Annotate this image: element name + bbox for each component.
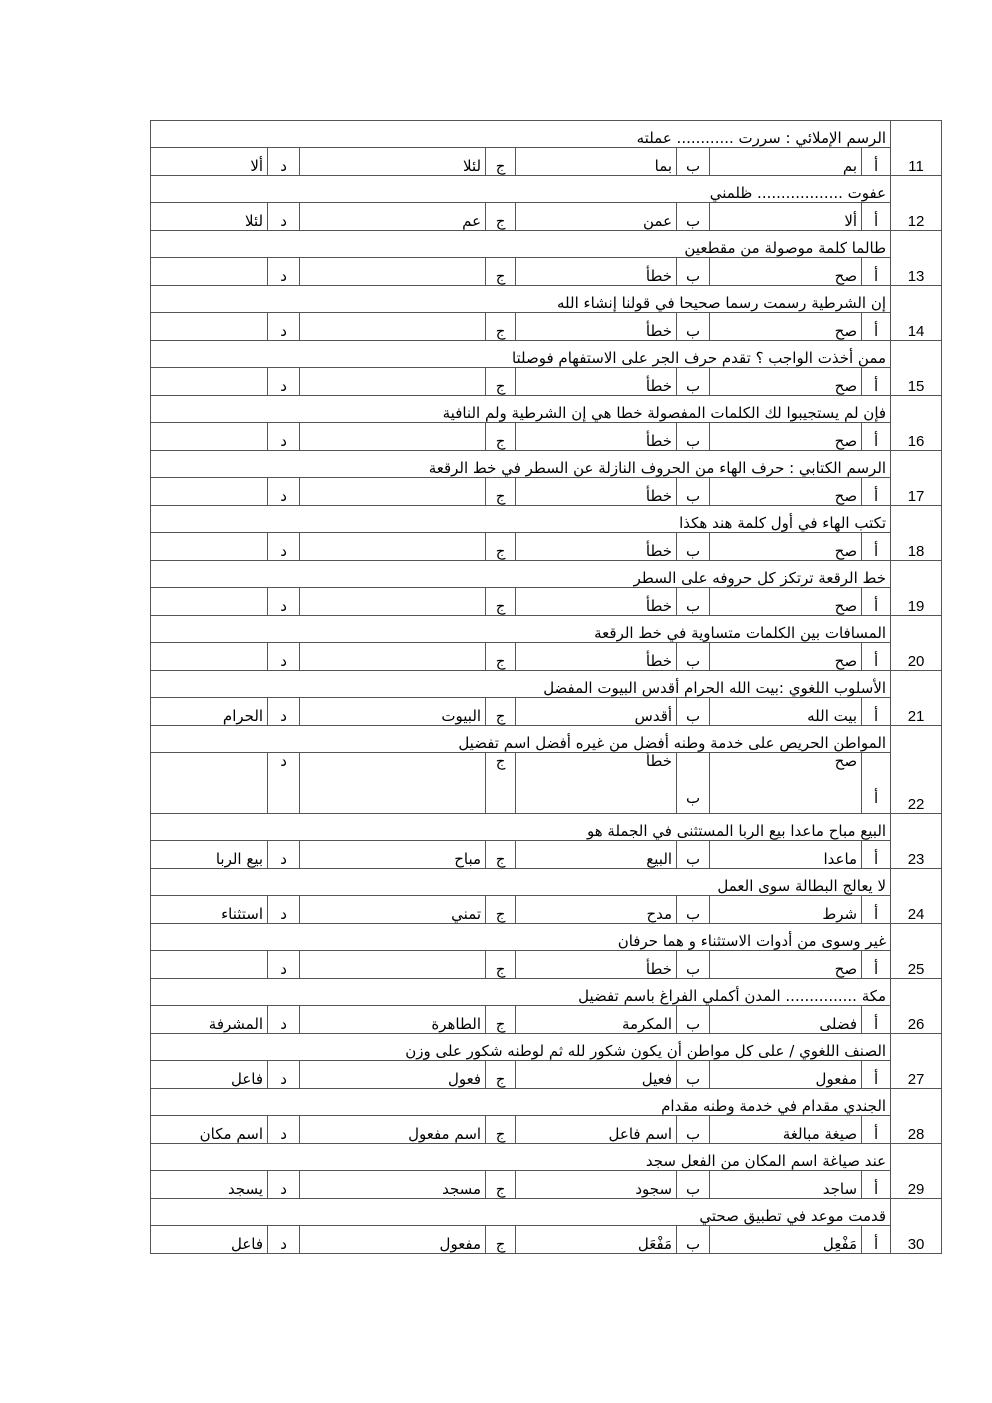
option-c[interactable] — [300, 643, 486, 671]
question-text: طالما كلمة موصولة من مقطعين — [151, 231, 891, 258]
question-row: 20 المسافات بين الكلمات متساوية في خط ال… — [151, 616, 942, 643]
answer-row: أ صح ب خطأ ج د — [151, 478, 942, 506]
option-b[interactable]: خطأ — [516, 423, 677, 451]
option-a-letter: أ — [862, 203, 891, 231]
option-b-letter: ب — [677, 533, 710, 561]
option-d-letter: د — [268, 148, 300, 176]
option-a-letter: أ — [862, 1226, 891, 1254]
option-c-letter: ج — [486, 951, 516, 979]
option-d-letter: د — [268, 313, 300, 341]
answer-row: أ صح ب خطأ ج د — [151, 258, 942, 286]
option-c[interactable]: تمني — [300, 896, 486, 924]
option-c[interactable]: مباح — [300, 841, 486, 869]
question-number: 20 — [891, 616, 942, 671]
option-c-letter: ج — [486, 643, 516, 671]
option-a[interactable]: فضلى — [710, 1006, 862, 1034]
option-d[interactable]: المشرفة — [151, 1006, 268, 1034]
option-b[interactable]: سجود — [516, 1171, 677, 1199]
question-text: الرسم الكتابي : حرف الهاء من الحروف النا… — [151, 451, 891, 478]
question-row: 16 فإن لم يستجيبوا لك الكلمات المفصولة خ… — [151, 396, 942, 423]
option-d-letter: د — [268, 1116, 300, 1144]
option-a-letter: أ — [862, 588, 891, 616]
question-text: لا يعالج البطالة سوى العمل — [151, 869, 891, 896]
option-d-letter: د — [268, 258, 300, 286]
option-c[interactable]: عم — [300, 203, 486, 231]
question-row: 14 إن الشرطية رسمت رسما صحيحا في قولنا إ… — [151, 286, 942, 313]
answer-row: أ صح ب خطأ ج د — [151, 951, 942, 979]
answer-row: أ ساجد ب سجود ج مسجد د يسجد — [151, 1171, 942, 1199]
option-d-letter: د — [268, 478, 300, 506]
question-row: 24 لا يعالج البطالة سوى العمل — [151, 869, 942, 896]
option-b-letter: ب — [677, 643, 710, 671]
question-text: عفوت .................. ظلمني — [151, 176, 891, 203]
question-text: الصنف اللغوي / على كل مواطن أن يكون شكور… — [151, 1034, 891, 1061]
option-b[interactable]: خطأ — [516, 753, 677, 814]
option-c-letter: ج — [486, 1061, 516, 1089]
option-a-letter: أ — [862, 1116, 891, 1144]
answer-row: أ صح ب خطأ ج د — [151, 423, 942, 451]
option-b-letter: ب — [677, 1171, 710, 1199]
answer-row: أ مفعول ب فعيل ج فعول د فاعل — [151, 1061, 942, 1089]
option-c-letter: ج — [486, 203, 516, 231]
option-d-letter: د — [268, 1226, 300, 1254]
option-c[interactable] — [300, 368, 486, 396]
option-b[interactable]: خطأ — [516, 533, 677, 561]
answer-row: أ فضلى ب المكرمة ج الطاهرة د المشرفة — [151, 1006, 942, 1034]
option-b[interactable]: عمن — [516, 203, 677, 231]
question-number: 16 — [891, 396, 942, 451]
option-d-letter: د — [268, 368, 300, 396]
question-row: 26 مكة ............... المدن أكملي الفرا… — [151, 979, 942, 1006]
option-a-letter: أ — [862, 368, 891, 396]
option-c-letter: ج — [486, 533, 516, 561]
option-a-letter: أ — [862, 1171, 891, 1199]
option-b[interactable]: فعيل — [516, 1061, 677, 1089]
question-row: 21 الأسلوب اللغوي :بيت الله الحرام أقدس … — [151, 671, 942, 698]
question-text: ممن أخذت الواجب ؟ تقدم حرف الجر على الاس… — [151, 341, 891, 368]
question-text: إن الشرطية رسمت رسما صحيحا في قولنا إنشا… — [151, 286, 891, 313]
option-d[interactable] — [151, 368, 268, 396]
option-c-letter: ج — [486, 896, 516, 924]
option-d[interactable] — [151, 423, 268, 451]
option-d-letter: د — [268, 533, 300, 561]
option-a[interactable]: ألا — [710, 203, 862, 231]
option-c-letter: ج — [486, 588, 516, 616]
question-number: 21 — [891, 671, 942, 726]
question-text: خط الرقعة ترتكز كل حروفه على السطر — [151, 561, 891, 588]
option-a[interactable]: ماعدا — [710, 841, 862, 869]
answer-row: أ صح ب خطأ ج د — [151, 533, 942, 561]
option-b[interactable]: خطأ — [516, 643, 677, 671]
option-b-letter: ب — [677, 698, 710, 726]
question-row: 27 الصنف اللغوي / على كل مواطن أن يكون ش… — [151, 1034, 942, 1061]
option-a-letter: أ — [862, 148, 891, 176]
option-b-letter: ب — [677, 203, 710, 231]
option-c-letter: ج — [486, 1226, 516, 1254]
option-d[interactable]: يسجد — [151, 1171, 268, 1199]
option-d-letter: د — [268, 1061, 300, 1089]
option-d-letter: د — [268, 1171, 300, 1199]
quiz-body: 11 الرسم الإملائي : سررت ............ عم… — [151, 121, 942, 1254]
question-row: 25 غير وسوى من أدوات الاستثناء و هما حرف… — [151, 924, 942, 951]
answer-row: أ ماعدا ب البيع ج مباح د بيع الربا — [151, 841, 942, 869]
question-text: عند صياغة اسم المكان من الفعل سجد — [151, 1144, 891, 1171]
option-a-letter: أ — [862, 258, 891, 286]
option-c-letter: ج — [486, 148, 516, 176]
option-a-letter: أ — [862, 478, 891, 506]
option-a-letter: أ — [862, 1061, 891, 1089]
question-text: قدمت موعد في تطبيق صحتي — [151, 1199, 891, 1226]
option-c-letter: ج — [486, 1116, 516, 1144]
option-b[interactable]: البيع — [516, 841, 677, 869]
option-d-letter: د — [268, 896, 300, 924]
option-a[interactable]: صح — [710, 478, 862, 506]
question-number: 27 — [891, 1034, 942, 1089]
option-c[interactable]: الطاهرة — [300, 1006, 486, 1034]
question-number: 28 — [891, 1089, 942, 1144]
option-b-letter: ب — [677, 1226, 710, 1254]
question-text: الجندي مقدام في خدمة وطنه مقدام — [151, 1089, 891, 1116]
option-a[interactable]: صيغة مبالغة — [710, 1116, 862, 1144]
question-row: 19 خط الرقعة ترتكز كل حروفه على السطر — [151, 561, 942, 588]
option-d[interactable] — [151, 753, 268, 814]
option-c-letter: ج — [486, 368, 516, 396]
option-b-letter: ب — [677, 1006, 710, 1034]
option-c[interactable]: فعول — [300, 1061, 486, 1089]
question-row: 15 ممن أخذت الواجب ؟ تقدم حرف الجر على ا… — [151, 341, 942, 368]
option-a[interactable]: بيت الله — [710, 698, 862, 726]
option-b-letter: ب — [677, 1061, 710, 1089]
option-a-letter: أ — [862, 698, 891, 726]
option-b-letter: ب — [677, 753, 710, 814]
question-row: 17 الرسم الكتابي : حرف الهاء من الحروف ا… — [151, 451, 942, 478]
question-number: 18 — [891, 506, 942, 561]
option-b[interactable]: مدح — [516, 896, 677, 924]
option-a[interactable]: صح — [710, 588, 862, 616]
answer-row: أ بم ب بما ج لئلا د ألا — [151, 148, 942, 176]
option-a-letter: أ — [862, 841, 891, 869]
option-d[interactable] — [151, 533, 268, 561]
option-d-letter: د — [268, 1006, 300, 1034]
option-a[interactable]: صح — [710, 533, 862, 561]
answer-row: أ شرط ب مدح ج تمني د استثناء — [151, 896, 942, 924]
question-row: 29 عند صياغة اسم المكان من الفعل سجد — [151, 1144, 942, 1171]
option-d[interactable] — [151, 478, 268, 506]
question-row: 28 الجندي مقدام في خدمة وطنه مقدام — [151, 1089, 942, 1116]
option-b-letter: ب — [677, 896, 710, 924]
option-c[interactable] — [300, 313, 486, 341]
question-text: مكة ............... المدن أكملي الفراغ ب… — [151, 979, 891, 1006]
option-d-letter: د — [268, 643, 300, 671]
question-text: الأسلوب اللغوي :بيت الله الحرام أقدس الب… — [151, 671, 891, 698]
question-row: 22 المواطن الحريص على خدمة وطنه أفضل من … — [151, 726, 942, 753]
option-c-letter: ج — [486, 698, 516, 726]
option-a[interactable]: صح — [710, 753, 862, 814]
option-a-letter: أ — [862, 423, 891, 451]
option-b-letter: ب — [677, 588, 710, 616]
option-d[interactable]: الحرام — [151, 698, 268, 726]
option-a[interactable]: مفعول — [710, 1061, 862, 1089]
option-c-letter: ج — [486, 1006, 516, 1034]
option-c-letter: ج — [486, 753, 516, 814]
option-b[interactable]: خطأ — [516, 313, 677, 341]
answer-row: أ بيت الله ب أقدس ج البيوت د الحرام — [151, 698, 942, 726]
option-d[interactable]: بيع الربا — [151, 841, 268, 869]
question-row: 13 طالما كلمة موصولة من مقطعين — [151, 231, 942, 258]
option-d[interactable] — [151, 588, 268, 616]
question-text: الرسم الإملائي : سررت ............ عملته — [151, 121, 891, 148]
option-b-letter: ب — [677, 478, 710, 506]
option-a[interactable]: بم — [710, 148, 862, 176]
option-d[interactable] — [151, 951, 268, 979]
option-d-letter: د — [268, 423, 300, 451]
option-c-letter: ج — [486, 478, 516, 506]
question-row: 11 الرسم الإملائي : سررت ............ عم… — [151, 121, 942, 148]
option-a-letter: أ — [862, 1006, 891, 1034]
option-c[interactable]: مسجد — [300, 1171, 486, 1199]
option-b-letter: ب — [677, 841, 710, 869]
option-d[interactable] — [151, 643, 268, 671]
question-number: 23 — [891, 814, 942, 869]
option-c[interactable] — [300, 533, 486, 561]
option-b-letter: ب — [677, 258, 710, 286]
option-b[interactable]: أقدس — [516, 698, 677, 726]
option-a[interactable]: صح — [710, 313, 862, 341]
question-number: 26 — [891, 979, 942, 1034]
question-row: 23 البيع مباح ماعدا بيع الربا المستثنى ف… — [151, 814, 942, 841]
question-text: غير وسوى من أدوات الاستثناء و هما حرفان — [151, 924, 891, 951]
option-d[interactable]: فاعل — [151, 1061, 268, 1089]
option-d[interactable] — [151, 258, 268, 286]
option-c[interactable]: لئلا — [300, 148, 486, 176]
option-b[interactable]: مَفْعَل — [516, 1226, 677, 1254]
question-text: المسافات بين الكلمات متساوية في خط الرقع… — [151, 616, 891, 643]
option-a[interactable]: ساجد — [710, 1171, 862, 1199]
question-number: 15 — [891, 341, 942, 396]
option-b-letter: ب — [677, 1116, 710, 1144]
option-b-letter: ب — [677, 951, 710, 979]
question-number: 29 — [891, 1144, 942, 1199]
question-number: 30 — [891, 1199, 942, 1254]
option-a-letter: أ — [862, 753, 891, 814]
option-d-letter: د — [268, 588, 300, 616]
answer-row: أ صيغة مبالغة ب اسم فاعل ج اسم مفعول د ا… — [151, 1116, 942, 1144]
option-b[interactable]: اسم فاعل — [516, 1116, 677, 1144]
option-d-letter: د — [268, 203, 300, 231]
option-b[interactable]: خطأ — [516, 258, 677, 286]
option-d[interactable]: اسم مكان — [151, 1116, 268, 1144]
option-a-letter: أ — [862, 533, 891, 561]
answer-row: أ صح ب خطأ ج د — [151, 643, 942, 671]
option-b[interactable]: خطأ — [516, 951, 677, 979]
question-number: 11 — [891, 121, 942, 176]
answer-row: أ ألا ب عمن ج عم د لئلا — [151, 203, 942, 231]
option-c[interactable]: البيوت — [300, 698, 486, 726]
option-c-letter: ج — [486, 313, 516, 341]
option-b[interactable]: خطأ — [516, 478, 677, 506]
option-a[interactable]: صح — [710, 258, 862, 286]
answer-row: أ صح ب خطأ ج د — [151, 313, 942, 341]
question-number: 14 — [891, 286, 942, 341]
option-c[interactable] — [300, 951, 486, 979]
option-c-letter: ج — [486, 1171, 516, 1199]
option-c[interactable]: اسم مفعول — [300, 1116, 486, 1144]
question-number: 13 — [891, 231, 942, 286]
option-a-letter: أ — [862, 896, 891, 924]
answer-row: أ صح ب خطأ ج د — [151, 753, 942, 814]
question-number: 17 — [891, 451, 942, 506]
option-b[interactable]: بما — [516, 148, 677, 176]
option-c[interactable] — [300, 478, 486, 506]
answer-row: أ مَفْعِل ب مَفْعَل ج مفعول د فاعل — [151, 1226, 942, 1254]
question-row: 12 عفوت .................. ظلمني — [151, 176, 942, 203]
option-a[interactable]: صح — [710, 368, 862, 396]
option-c-letter: ج — [486, 423, 516, 451]
quiz-sheet: 11 الرسم الإملائي : سررت ............ عم… — [150, 120, 941, 1254]
option-b-letter: ب — [677, 368, 710, 396]
option-b[interactable]: المكرمة — [516, 1006, 677, 1034]
question-text: تكتب الهاء في أول كلمة هند هكذا — [151, 506, 891, 533]
answer-row: أ صح ب خطأ ج د — [151, 368, 942, 396]
option-d[interactable]: فاعل — [151, 1226, 268, 1254]
option-c[interactable] — [300, 423, 486, 451]
option-a[interactable]: صح — [710, 423, 862, 451]
option-c-letter: ج — [486, 841, 516, 869]
option-b-letter: ب — [677, 313, 710, 341]
question-number: 24 — [891, 869, 942, 924]
option-c-letter: ج — [486, 258, 516, 286]
question-text: البيع مباح ماعدا بيع الربا المستثنى في ا… — [151, 814, 891, 841]
option-d[interactable]: لئلا — [151, 203, 268, 231]
question-number: 12 — [891, 176, 942, 231]
question-number: 19 — [891, 561, 942, 616]
option-d[interactable] — [151, 313, 268, 341]
option-b-letter: ب — [677, 148, 710, 176]
option-a-letter: أ — [862, 951, 891, 979]
option-a[interactable]: مَفْعِل — [710, 1226, 862, 1254]
question-number: 25 — [891, 924, 942, 979]
option-d-letter: د — [268, 951, 300, 979]
option-d-letter: د — [268, 841, 300, 869]
option-c[interactable] — [300, 588, 486, 616]
option-a-letter: أ — [862, 643, 891, 671]
question-text: فإن لم يستجيبوا لك الكلمات المفصولة خطا … — [151, 396, 891, 423]
option-d[interactable]: ألا — [151, 148, 268, 176]
option-d-letter: د — [268, 753, 300, 814]
question-number: 22 — [891, 726, 942, 814]
question-text: المواطن الحريص على خدمة وطنه أفضل من غير… — [151, 726, 891, 753]
option-d-letter: د — [268, 698, 300, 726]
option-c[interactable]: مفعول — [300, 1226, 486, 1254]
question-row: 18 تكتب الهاء في أول كلمة هند هكذا — [151, 506, 942, 533]
option-a[interactable]: صح — [710, 951, 862, 979]
option-a-letter: أ — [862, 313, 891, 341]
option-c[interactable] — [300, 753, 486, 814]
question-row: 30 قدمت موعد في تطبيق صحتي — [151, 1199, 942, 1226]
option-d[interactable]: استثناء — [151, 896, 268, 924]
option-b-letter: ب — [677, 423, 710, 451]
option-b[interactable]: خطأ — [516, 588, 677, 616]
option-b[interactable]: خطأ — [516, 368, 677, 396]
option-a[interactable]: شرط — [710, 896, 862, 924]
answer-row: أ صح ب خطأ ج د — [151, 588, 942, 616]
option-a[interactable]: صح — [710, 643, 862, 671]
option-c[interactable] — [300, 258, 486, 286]
quiz-table: 11 الرسم الإملائي : سررت ............ عم… — [150, 120, 942, 1254]
